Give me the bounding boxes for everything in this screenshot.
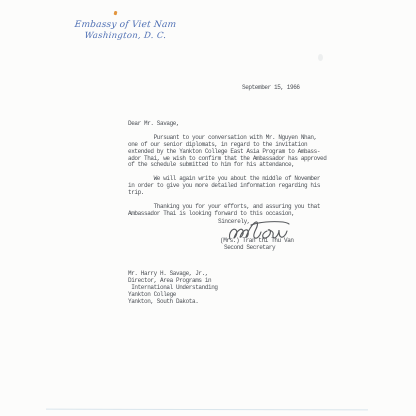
scan-smudge <box>318 54 323 61</box>
letter-body: Dear Mr. Savage, Pursuant to your conver… <box>128 121 326 218</box>
letterhead: Embassy of Viet Nam Washington, D. C. <box>73 20 177 42</box>
letterhead-city: Washington, D. C. <box>84 31 176 42</box>
letter-scan: Embassy of Viet Nam Washington, D. C. Se… <box>0 0 416 416</box>
letter-date: September 15, 1966 <box>242 85 300 92</box>
recipient-address-block: Mr. Harry H. Savage, Jr., Director, Area… <box>128 271 218 306</box>
paper-fleck <box>114 11 117 15</box>
signer-title: Second Secretary <box>224 245 275 252</box>
letterhead-org-name: Embassy of Viet Nam <box>74 20 177 31</box>
paper-edge <box>46 409 368 411</box>
